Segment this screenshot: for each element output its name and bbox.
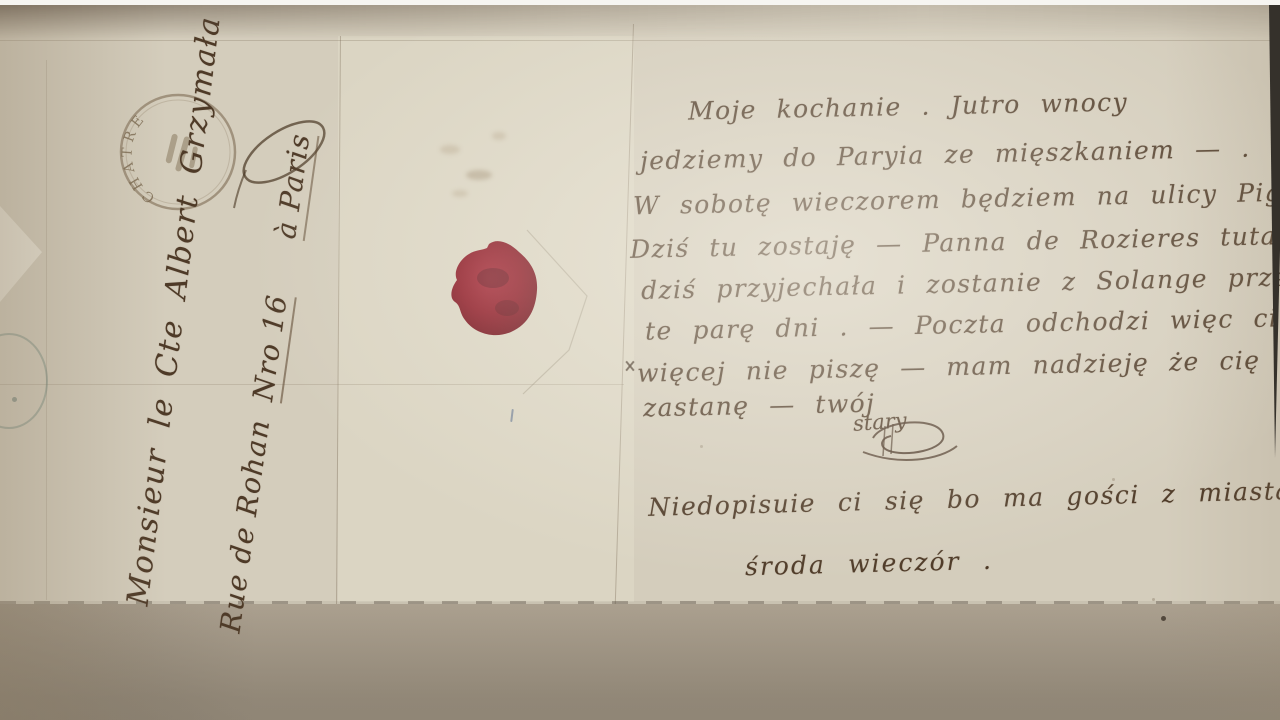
faint-stamp-smudge [466,170,492,180]
address-number: Nro 16 [246,292,297,404]
wax-seal-blob [451,241,537,335]
faint-stamp-smudge [440,145,460,154]
dateline: środa wieczór . [745,546,994,581]
paper-top-shadow [0,5,1280,39]
letter-line: Dziś tu zostaję — Panna de Rozieres tuta… [630,221,1280,264]
wax-seal [437,220,607,404]
ink-speck [1112,478,1115,481]
letter-photograph: CHATRE Monsieur le Cte Albert Grzymała R… [0,0,1280,720]
under-paper-edge [0,206,42,302]
background-strip [0,0,1280,5]
letter-line: zastanę — twój [643,389,876,423]
letter-line: W sobotę wieczorem będziem na ulicy Piga… [633,177,1280,221]
letter-line: Moje kochanie . Jutro wnocy [688,87,1129,125]
ink-scribble-mark [624,360,636,372]
postscript-line: Niedopisuie ci się bo ma gości z miasta … [648,475,1280,522]
fold-crease-bottom [0,601,1280,604]
faint-stamp-smudge [492,132,506,140]
letter-line: te parę dni . — Poczta odchodzi więc ci [645,303,1279,345]
faint-blue-stamp [0,333,48,429]
fold-crease-vertical-edge [46,60,47,600]
letter-line: jedziemy do Paryia ze mięszkaniem — . [640,134,1251,176]
ink-speck [1152,598,1155,601]
paper-bottom-fold [0,604,1280,720]
flap-edge-line [523,230,587,394]
ink-speck [700,445,703,448]
ink-speck [1161,616,1166,621]
faint-stamp-smudge [452,190,468,197]
paper-sheet: CHATRE Monsieur le Cte Albert Grzymała R… [0,0,1280,720]
letter-line: więcej nie piszę — mam nadzieję że cię d… [637,343,1280,387]
letter-line: dziś przyjechała i zostanie z Solange pr… [641,262,1280,305]
signature-flourish [845,408,965,468]
